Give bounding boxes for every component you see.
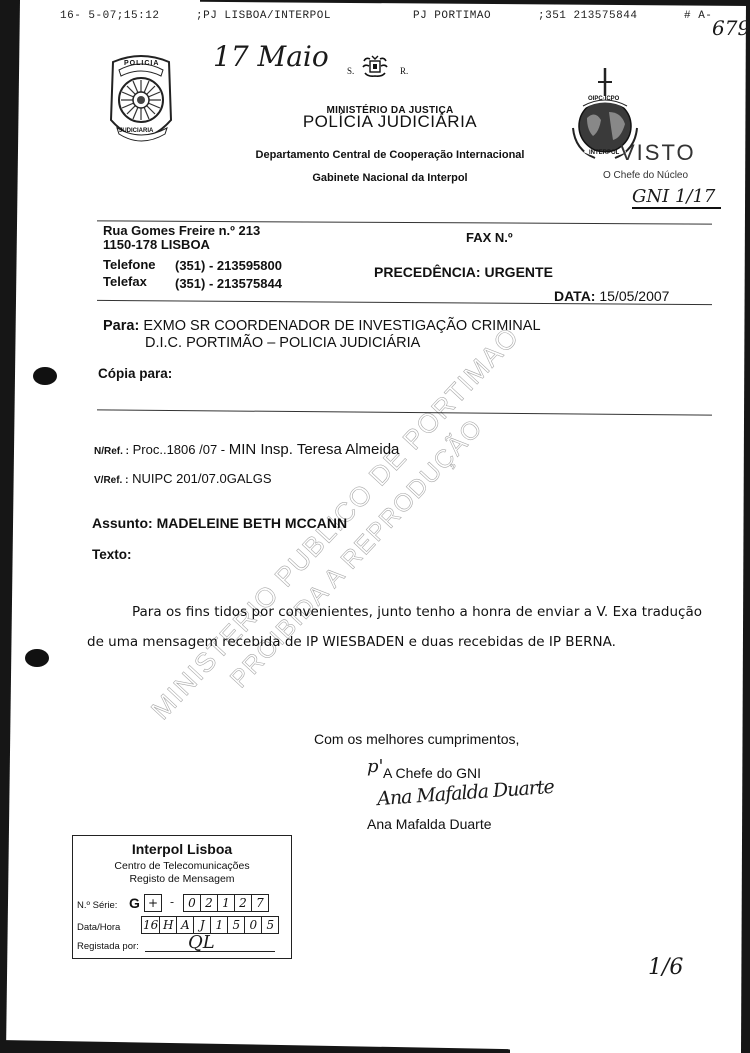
recipient-line2: D.I.C. PORTIMÃO – POLICIA JUDICIÁRIA [145,335,420,351]
signatory-name: Ana Mafalda Duarte [367,816,492,832]
stamp-subtitle: Centro de Telecomunicações [73,860,291,872]
divider-after-copy [97,409,712,415]
scan-border-top [200,0,750,6]
our-ref-label: N/Ref. : [94,446,129,457]
scan-border-bottom [0,1040,510,1053]
visto-stamp-subtitle: O Chefe do Núcleo [603,170,688,181]
body-paragraph: Para os fins tidos por convenientes, jun… [87,604,702,650]
serial-box: 0 [183,894,201,912]
office-name: Gabinete Nacional da Interpol [200,172,580,184]
datetime-box: H [159,916,177,934]
serial-dash: - [164,894,180,910]
telefax-value: (351) - 213575844 [175,276,282,291]
body-text: Para os fins tidos por convenientes, jun… [87,597,702,657]
fax-recipient: PJ PORTIMAO [413,10,491,22]
serial-box: 2 [200,894,218,912]
stamp-subtitle-2: Registo de Mensagem [73,873,291,885]
fax-transmission-header: 16- 5-07;15:12 ;PJ LISBOA/INTERPOL PJ PO… [60,10,740,26]
serial-boxes: + - 0 2 1 2 7 [144,894,268,912]
fax-number-label: FAX N.º [466,230,513,245]
portuguese-arms-icon [362,55,388,79]
datetime-box: 0 [244,916,262,934]
document-date: DATA: 15/05/2007 [554,288,669,304]
recipient-label: Para: [103,318,139,334]
fax-page-marker: # A- [684,10,712,22]
fax-datetime: 16- 5-07;15:12 [60,10,159,22]
telefax-label: Telefax [103,274,147,289]
handwritten-page-ref: 679 [712,16,750,40]
handwritten-signature: Ana Mafalda Duarte [376,776,554,810]
agency-name: POLÍCIA JUDICIÁRIA [200,112,580,132]
stamp-title: Interpol Lisboa [73,841,291,857]
phone-label: Telefone [103,257,156,272]
arms-r: R. [400,66,408,76]
serial-box: 1 [217,894,235,912]
visto-handwritten: GNI 1/17 [632,186,721,209]
handwritten-date: 17 Maio [213,40,329,73]
fax-sender: ;PJ LISBOA/INTERPOL [196,10,331,22]
scan-border-right [740,0,750,1053]
our-ref-process: Proc..1806 /07 - [133,442,229,457]
our-ref-value: MIN Insp. Teresa Almeida [229,441,400,458]
datetime-box: 5 [227,916,245,934]
pj-seal-top-text: POLICIA [124,60,159,67]
scan-border-left [0,0,20,1053]
closing-greeting: Com os melhores cumprimentos, [314,731,519,747]
registered-by-initials: QL [188,932,215,953]
signatory-title: A Chefe do GNI [383,765,481,781]
arms-s: S. [347,66,354,76]
datetime-box: 16 [141,916,160,934]
your-reference: V/Ref. : NUIPC 201/07.0GALGS [94,471,272,486]
registered-by-label: Registada por: [77,941,139,952]
datetime-label: Data/Hora [77,922,120,933]
department-name: Departamento Central de Cooperação Inter… [185,149,595,161]
datetime-box: 5 [261,916,279,934]
page-number: 1/6 [648,955,683,980]
your-ref-label: V/Ref. : [94,475,128,486]
interpol-seal-top-text: OIPC·ICPO [588,96,619,102]
punch-hole-lower [25,649,49,667]
date-value: 15/05/2007 [599,288,669,304]
our-reference: N/Ref. : Proc..1806 /07 - MIN Insp. Tere… [94,441,399,458]
precedence: PRECEDÊNCIA: URGENTE [374,264,553,280]
subject-label: Assunto: [92,515,153,531]
text-label: Texto: [92,547,132,562]
serial-label: N.º Série: [77,900,117,911]
visto-stamp-title: VISTO [620,140,696,166]
fax-phone: ;351 213575844 [538,10,637,22]
recipient-line1: Para: EXMO SR COORDENADOR DE INVESTIGAÇÃ… [103,318,541,334]
recipient-name: EXMO SR COORDENADOR DE INVESTIGAÇÃO CRIM… [143,318,540,334]
your-ref-value: NUIPC 201/07.0GALGS [132,471,271,486]
address-postal: 1150-178 LISBOA [103,237,210,252]
punch-hole-upper [33,367,57,385]
serial-box: 2 [234,894,252,912]
interpol-registry-stamp: Interpol Lisboa Centro de Telecomunicaçõ… [72,835,292,959]
serial-box: + [144,894,162,912]
pp-mark: p' [367,756,383,777]
serial-prefix: G [129,895,140,911]
phone-value: (351) - 213595800 [175,258,282,273]
serial-box: 7 [251,894,269,912]
pj-seal-bottom-text: JUDICIARIA [119,128,153,134]
address-street: Rua Gomes Freire n.º 213 [103,223,260,238]
date-label: DATA: [554,288,595,304]
copy-to-label: Cópia para: [98,366,172,381]
interpol-seal-bottom-text: INTERPOL [589,150,619,156]
policia-judiciaria-seal: POLICIA JUDICIARIA [107,50,175,156]
